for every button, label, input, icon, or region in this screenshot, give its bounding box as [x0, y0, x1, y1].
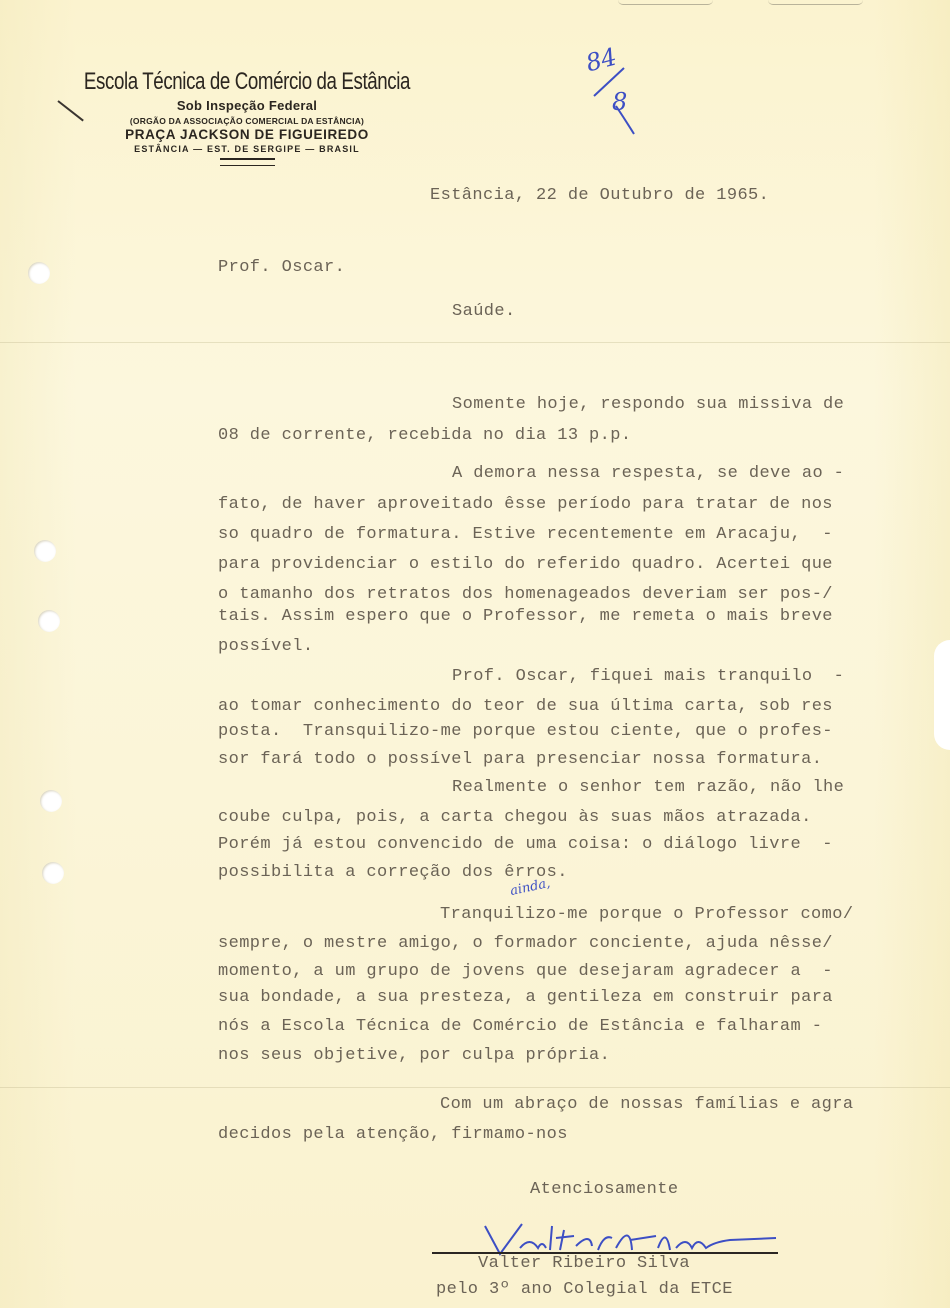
punch-hole	[34, 540, 56, 562]
folio-annotation: 84 8	[586, 46, 656, 136]
punch-hole	[40, 790, 62, 812]
body-line: sua bondade, a sua presteza, a gentileza…	[218, 988, 833, 1007]
signer-name: Valter Ribeiro Silva	[478, 1254, 690, 1273]
greeting: Saúde.	[452, 302, 516, 321]
body-line: o tamanho dos retratos dos homenageados …	[218, 585, 833, 604]
fold-line	[0, 342, 950, 343]
body-line: nos seus objetive, por culpa própria.	[218, 1046, 610, 1065]
body-line: sempre, o mestre amigo, o formador conci…	[218, 934, 833, 953]
punch-hole	[28, 262, 50, 284]
body-line: Porém já estou convencido de uma coisa: …	[218, 835, 833, 854]
body-line: sor fará todo o possível para presenciar…	[218, 750, 822, 769]
folio-sub: 8	[612, 88, 627, 116]
letterhead: Escola Técnica de Comércio da Estância S…	[82, 68, 412, 166]
organ-line: (ORGÃO DA ASSOCIAÇÃO COMERCIAL DA ESTÂNC…	[82, 116, 412, 126]
punch-hole	[42, 862, 64, 884]
body-line: momento, a um grupo de jovens que deseja…	[218, 962, 833, 981]
inspection-line: Sob Inspeção Federal	[82, 98, 412, 113]
body-line: so quadro de formatura. Estive recenteme…	[218, 525, 833, 544]
body-line: 08 de corrente, recebida no dia 13 p.p.	[218, 426, 631, 445]
school-name: Escola Técnica de Comércio da Estância	[83, 68, 411, 96]
body-line: para providenciar o estilo do referido q…	[218, 555, 833, 574]
closing: Atenciosamente	[530, 1180, 678, 1199]
fold-line	[0, 1087, 950, 1088]
edge-tear-notch	[934, 640, 950, 750]
body-line: decidos pela atenção, firmamo-nos	[218, 1125, 568, 1144]
body-line: Realmente o senhor tem razão, não lhe	[452, 778, 844, 797]
punch-hole	[38, 610, 60, 632]
body-line: tais. Assim espero que o Professor, me r…	[218, 607, 833, 626]
body-line: Somente hoje, respondo sua missiva de	[452, 395, 844, 414]
city-line: ESTÂNCIA — EST. DE SERGIPE — BRASIL	[82, 144, 412, 154]
body-line: possível.	[218, 637, 313, 656]
body-line: Tranquilizo-me porque o Professor como/	[440, 905, 853, 924]
body-line: fato, de haver aproveitado êsse período …	[218, 495, 833, 514]
recipient: Prof. Oscar.	[218, 258, 345, 277]
place-date: Estância, 22 de Outubro de 1965.	[430, 186, 769, 205]
body-line: A demora nessa respesta, se deve ao -	[452, 464, 844, 483]
body-line: Com um abraço de nossas famílias e agra	[440, 1095, 853, 1114]
body-line: Prof. Oscar, fiquei mais tranquilo -	[452, 667, 844, 686]
body-line: possibilita a correção dos êrros.	[218, 863, 568, 882]
address-line: PRAÇA JACKSON DE FIGUEIREDO	[82, 127, 412, 142]
tear-edge	[768, 0, 863, 5]
tear-edge	[618, 0, 713, 5]
body-line: ao tomar conhecimento do teor de sua últ…	[218, 697, 833, 716]
body-line: posta. Transquilizo-me porque estou cien…	[218, 722, 833, 741]
signer-role: pelo 3º ano Colegial da ETCE	[436, 1280, 733, 1299]
body-line: nós a Escola Técnica de Comércio de Estâ…	[218, 1017, 822, 1036]
body-line: coube culpa, pois, a carta chegou às sua…	[218, 808, 812, 827]
letterhead-rule	[220, 158, 275, 166]
